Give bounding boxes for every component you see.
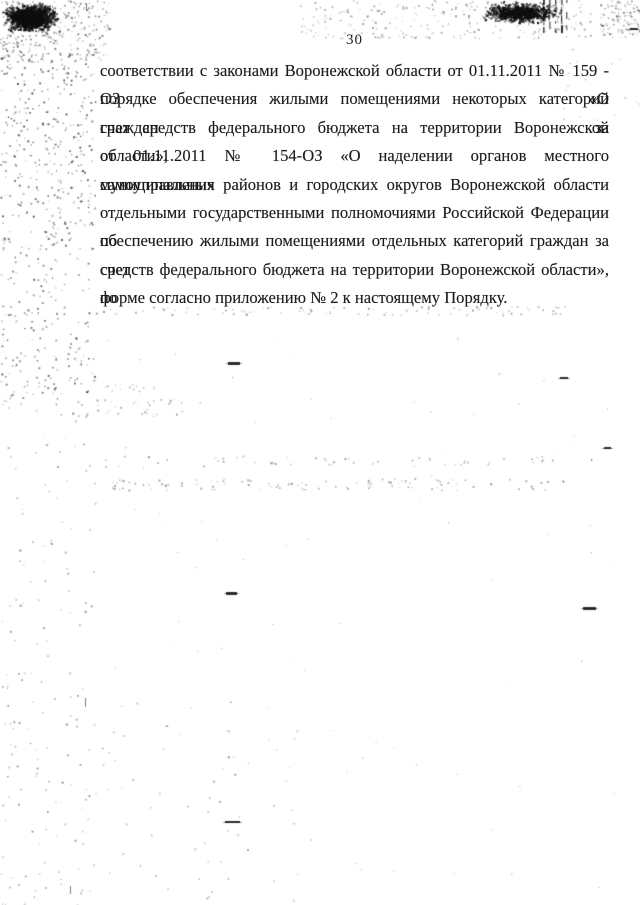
- paragraph-line: форме согласно приложению № 2 к настояще…: [100, 284, 609, 312]
- paragraph-line: обеспечению жилыми помещениями отдельных…: [100, 227, 609, 255]
- paragraph-line: соответствии с законами Воронежской обла…: [100, 57, 609, 85]
- paragraph-line: порядке обеспечения жилыми помещениями н…: [100, 85, 609, 113]
- scanned-document-page: 30 соответствии с законами Воронежской о…: [0, 0, 640, 905]
- paragraph-line: средств федерального бюджета на территор…: [100, 256, 609, 284]
- page-number: 30: [100, 32, 609, 49]
- paragraph-line: отдельными государственными полномочиями…: [100, 199, 609, 227]
- paragraph-line: счет средств федерального бюджета на тер…: [100, 114, 609, 142]
- paragraph-line: от 01.11.2011 № 154-ОЗ «О наделении орга…: [100, 142, 609, 170]
- paragraph: соответствии с законами Воронежской обла…: [100, 57, 609, 313]
- paragraph-line: муниципальных районов и городских округо…: [100, 171, 609, 199]
